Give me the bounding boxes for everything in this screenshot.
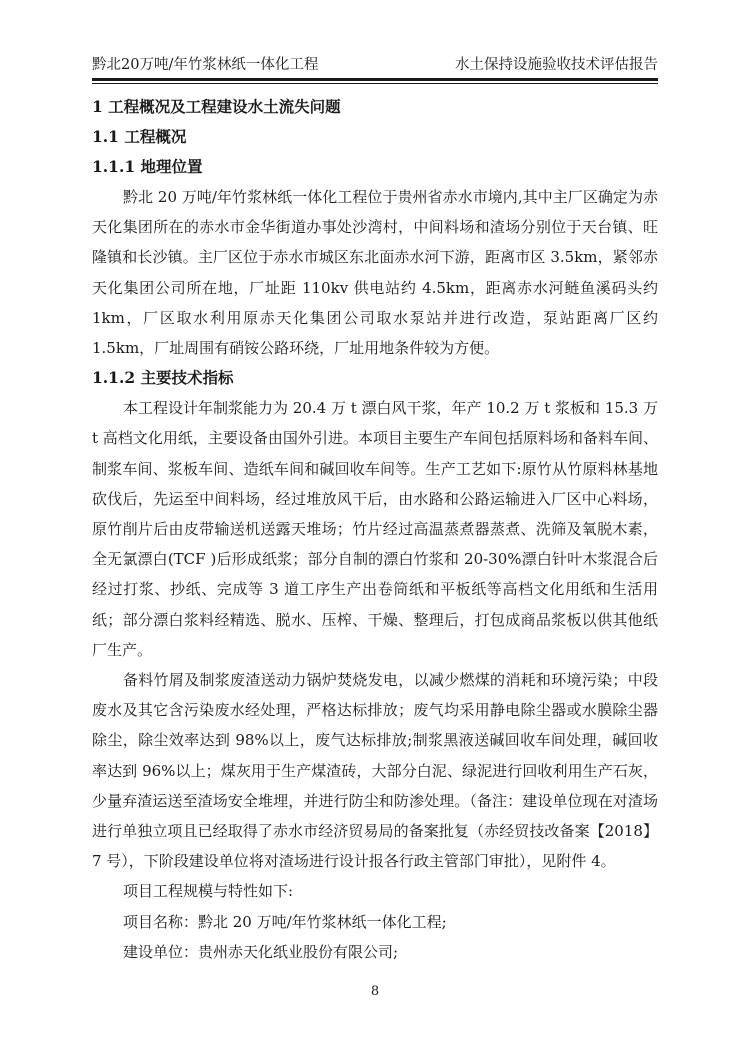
page-body: 1 工程概况及工程建设水土流失问题 1.1 工程概况 1.1.1 地理位置 黔北… [92,92,658,967]
paragraph-tech-indicators: 本工程设计年制浆能力为 20.4 万 t 漂白风干浆，年产 10.2 万 t 浆… [92,393,658,665]
page-number: 8 [0,984,750,999]
heading-1-1-1: 1.1.1 地理位置 [92,152,658,182]
header-report-title: 水土保持设施验收技术评估报告 [455,53,658,74]
paragraph-location: 黔北 20 万吨/年竹浆林纸一体化工程位于贵州省赤水市境内,其中主厂区确定为赤天… [92,182,658,363]
heading-1-1: 1.1 工程概况 [92,122,658,152]
page-header: 黔北20万吨/年竹浆林纸一体化工程 水土保持设施验收技术评估报告 [92,52,658,74]
paragraph-project-name: 项目名称：黔北 20 万吨/年竹浆林纸一体化工程; [92,907,658,937]
heading-chapter-1: 1 工程概况及工程建设水土流失问题 [92,92,658,122]
header-project-title: 黔北20万吨/年竹浆林纸一体化工程 [92,53,318,74]
header-rule-thick [92,78,658,81]
paragraph-scale-intro: 项目工程规模与特性如下: [92,876,658,906]
header-rule-thin [92,83,658,84]
paragraph-waste-treatment: 备料竹屑及制浆废渣送动力锅炉焚烧发电，以减少燃煤的消耗和环境污染；中段废水及其它… [92,665,658,876]
heading-1-1-2: 1.1.2 主要技术指标 [92,363,658,393]
paragraph-builder: 建设单位：贵州赤天化纸业股份有限公司; [92,937,658,967]
